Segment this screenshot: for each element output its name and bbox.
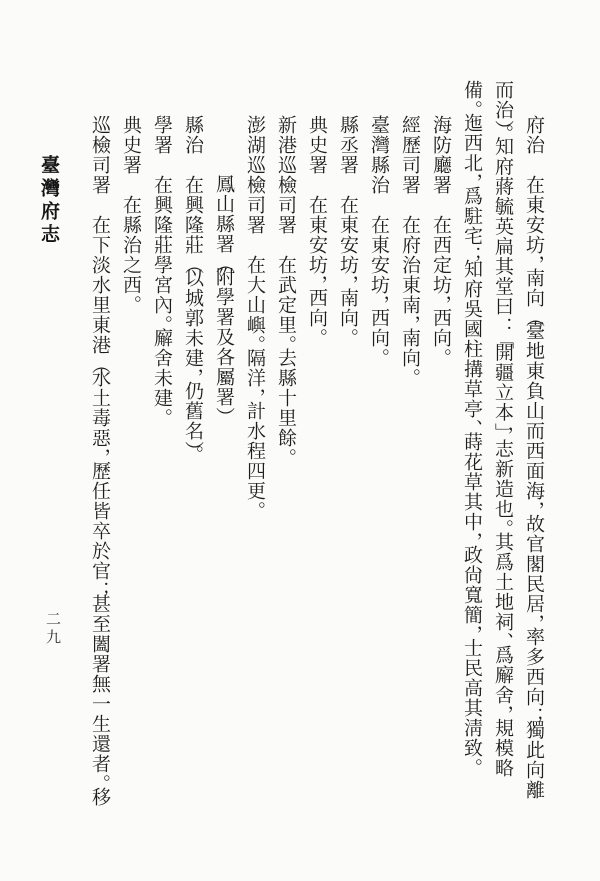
page-number: 二九: [43, 611, 64, 647]
punctuation-mark: 、: [461, 419, 483, 439]
punctuation-mark: ，: [399, 315, 421, 335]
text-column: 典史署 在縣治之西。: [115, 80, 146, 822]
punctuation-mark: ，: [89, 448, 111, 468]
punctuation-mark: 。: [461, 758, 483, 778]
text-column: 縣丞署 在東安坊，南向。: [332, 80, 363, 822]
punctuation-mark: ；: [89, 581, 111, 601]
text-column: 而治）。知府蔣毓英扁其堂曰：「開疆立本」，志新造也。其爲土地祠、爲廨舍，規模略: [487, 80, 518, 822]
text-column: 新港巡檢司署 在武定里。去縣十里餘。: [270, 80, 301, 822]
punctuation-mark: 。: [492, 124, 514, 144]
punctuation-mark: ，: [461, 173, 483, 193]
text-column: 巡檢司署 在下淡水里東港（水土毒惡，歷任皆卒於官；甚至闔署無一生還者。移: [84, 80, 115, 822]
punctuation-mark: ，: [461, 532, 483, 552]
punctuation-mark: 、: [492, 632, 514, 652]
text-column: 鳳山縣署（附學署及各屬署）: [208, 80, 239, 822]
text-column: 備。迤西北，爲駐宅；知府吳國柱搆草亭、蒔花草其中，政尙寬簡，士民高其淸致。: [456, 80, 487, 822]
punctuation-mark: ）: [213, 407, 235, 427]
punctuation-mark: ，: [523, 255, 545, 275]
punctuation-mark: ，: [244, 388, 266, 408]
punctuation-mark: 。: [492, 519, 514, 539]
text-column: 典史署 在東安坊，西向。: [301, 80, 332, 822]
text-column: 府治 在東安坊，南向（臺地東負山而西面海，故官閣民居，率多西向；獨此向離: [518, 80, 549, 822]
punctuation-mark: （: [89, 355, 111, 375]
punctuation-mark: 。: [337, 328, 359, 348]
text-column: 海防廳署 在西定坊，西向。: [425, 80, 456, 822]
punctuation-mark: ，: [492, 705, 514, 725]
punctuation-mark: 「: [492, 330, 514, 350]
punctuation-mark: 。: [430, 348, 452, 368]
punctuation-mark: （: [523, 308, 545, 328]
margin-book-title: 臺灣府志: [36, 155, 63, 247]
punctuation-mark: 。: [368, 348, 390, 368]
punctuation-mark: 。: [182, 445, 204, 465]
punctuation-mark: 。: [275, 335, 297, 355]
punctuation-mark: ；: [523, 707, 545, 727]
body-text-block: 府治 在東安坊，南向（臺地東負山而西面海，故官閣民居，率多西向；獨此向離而治）。…: [84, 80, 549, 822]
punctuation-mark: 。: [306, 328, 328, 348]
punctuation-mark: ，: [523, 501, 545, 521]
punctuation-mark: ，: [182, 368, 204, 388]
punctuation-mark: ，: [461, 625, 483, 645]
punctuation-mark: 。: [244, 335, 266, 355]
punctuation-mark: ，: [523, 614, 545, 634]
punctuation-mark: ，: [337, 275, 359, 295]
text-column: 學署 在興隆莊學宮內。廨舍未建。: [146, 80, 177, 822]
punctuation-mark: （: [213, 254, 235, 274]
punctuation-mark: ，: [368, 295, 390, 315]
punctuation-mark: 。: [399, 368, 421, 388]
punctuation-mark: 。: [244, 501, 266, 521]
punctuation-mark: ，: [492, 426, 514, 446]
text-column: 經歷司署 在府治東南，南向。: [394, 80, 425, 822]
punctuation-mark: （: [182, 255, 204, 275]
punctuation-mark: 。: [275, 448, 297, 468]
text-column: 臺灣縣治 在東安坊，西向。: [363, 80, 394, 822]
text-column: 澎湖巡檢司署 在大山嶼。隔洋，計水程四更。: [239, 80, 270, 822]
punctuation-mark: 。: [120, 295, 142, 315]
text-column: 縣治 在興隆莊（以城郭未建，仍舊名）。: [177, 80, 208, 822]
punctuation-mark: 。: [461, 100, 483, 120]
book-page: 臺灣府志 二九 府治 在東安坊，南向（臺地東負山而西面海，故官閣民居，率多西向；…: [0, 0, 600, 881]
punctuation-mark: ；: [461, 246, 483, 266]
punctuation-mark: ，: [430, 295, 452, 315]
punctuation-mark: ，: [306, 275, 328, 295]
punctuation-mark: 。: [151, 408, 173, 428]
punctuation-mark: 。: [151, 315, 173, 335]
punctuation-mark: 。: [89, 774, 111, 794]
